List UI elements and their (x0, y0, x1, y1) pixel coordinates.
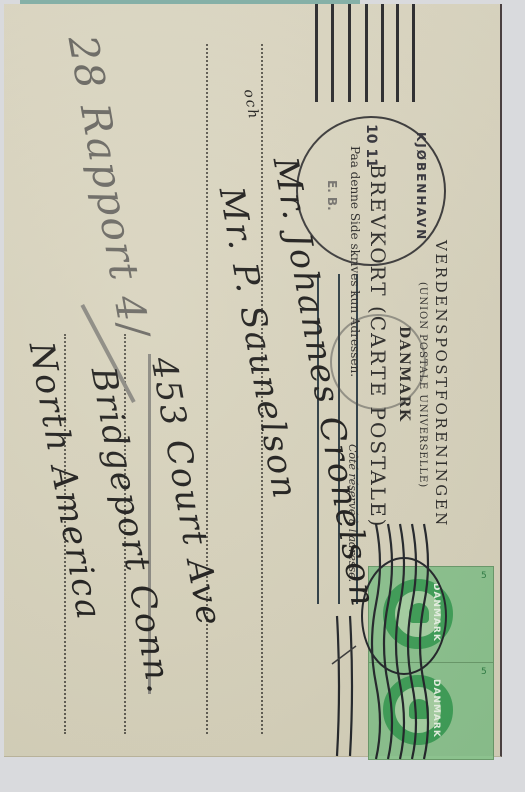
cancel-bar (365, 4, 368, 102)
postmark-city: KJØBENHAVN (414, 132, 428, 241)
crown-icon (409, 699, 429, 719)
cancel-bar (396, 4, 399, 102)
cancel-bar (381, 4, 384, 102)
cancel-bar (331, 4, 334, 102)
postage-stamp: DANMARK 5 (368, 662, 494, 760)
stamp-country: DANMARK (431, 583, 441, 642)
handwriting-och: och (240, 88, 261, 122)
stamp-value: 5 (481, 667, 487, 677)
stamp-value: 5 (481, 571, 487, 581)
postmark-letters: E. B. (325, 180, 339, 211)
pencil-note: 28 Rapport 4/ (59, 32, 158, 342)
postmark-time: 10 11 (363, 124, 379, 168)
crown-icon (409, 603, 429, 623)
stamp-country: DANMARK (431, 679, 441, 738)
cancel-bar (315, 4, 318, 102)
postcard: VERDENSPOSTFORENINGEN (UNION POSTALE UNI… (4, 4, 502, 757)
address-line (206, 44, 208, 734)
header-verdenspostforeningen: VERDENSPOSTFORENINGEN (432, 240, 450, 528)
postage-stamp: DANMARK 5 (368, 566, 494, 664)
cancel-bar (412, 4, 415, 102)
cancel-bar (348, 4, 351, 102)
